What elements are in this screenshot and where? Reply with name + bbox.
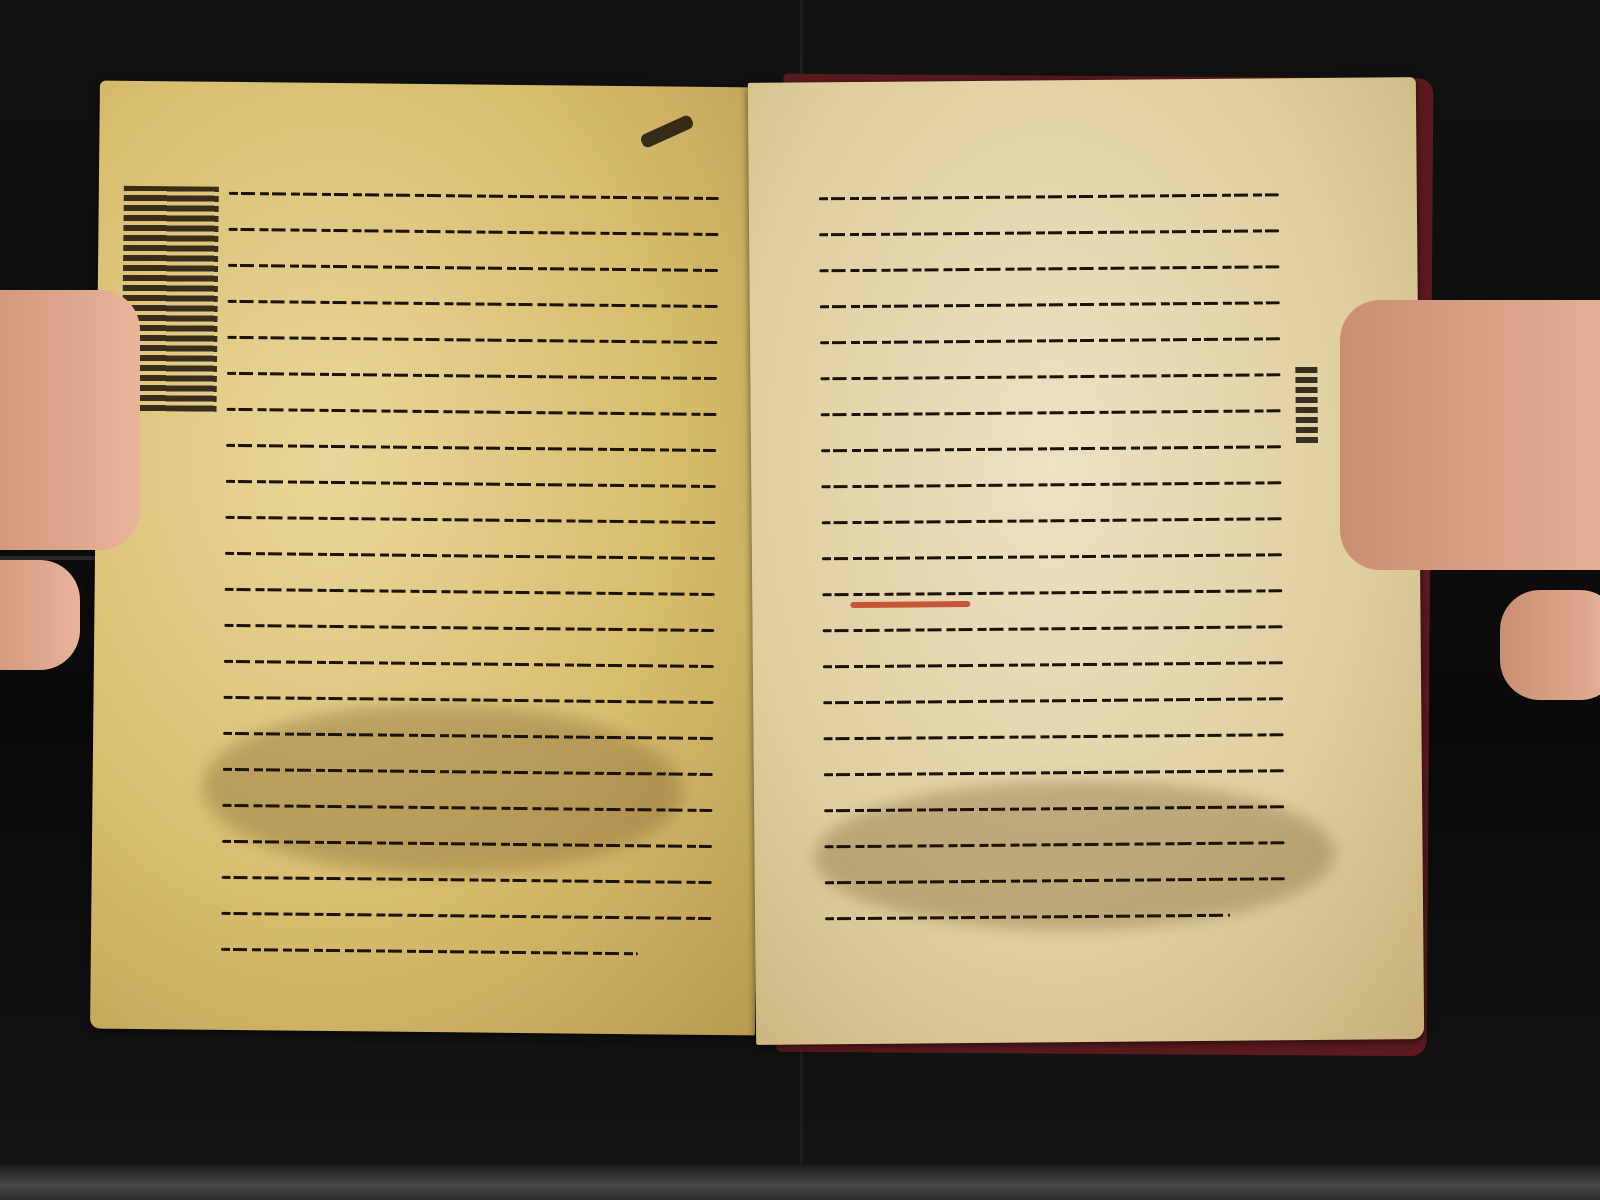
- left-text-block: [221, 192, 719, 989]
- right-hand: [1340, 300, 1600, 570]
- left-hand-fingers: [0, 560, 80, 670]
- right-hand-fingers: [1500, 590, 1600, 700]
- right-margin-note: [1295, 363, 1318, 443]
- left-hand: [0, 290, 140, 550]
- catchword: [639, 114, 695, 149]
- right-page: [748, 77, 1424, 1045]
- table-edge: [0, 1164, 1600, 1200]
- left-page: [90, 81, 765, 1036]
- right-text-block: [819, 193, 1286, 953]
- red-rubric: [850, 601, 970, 608]
